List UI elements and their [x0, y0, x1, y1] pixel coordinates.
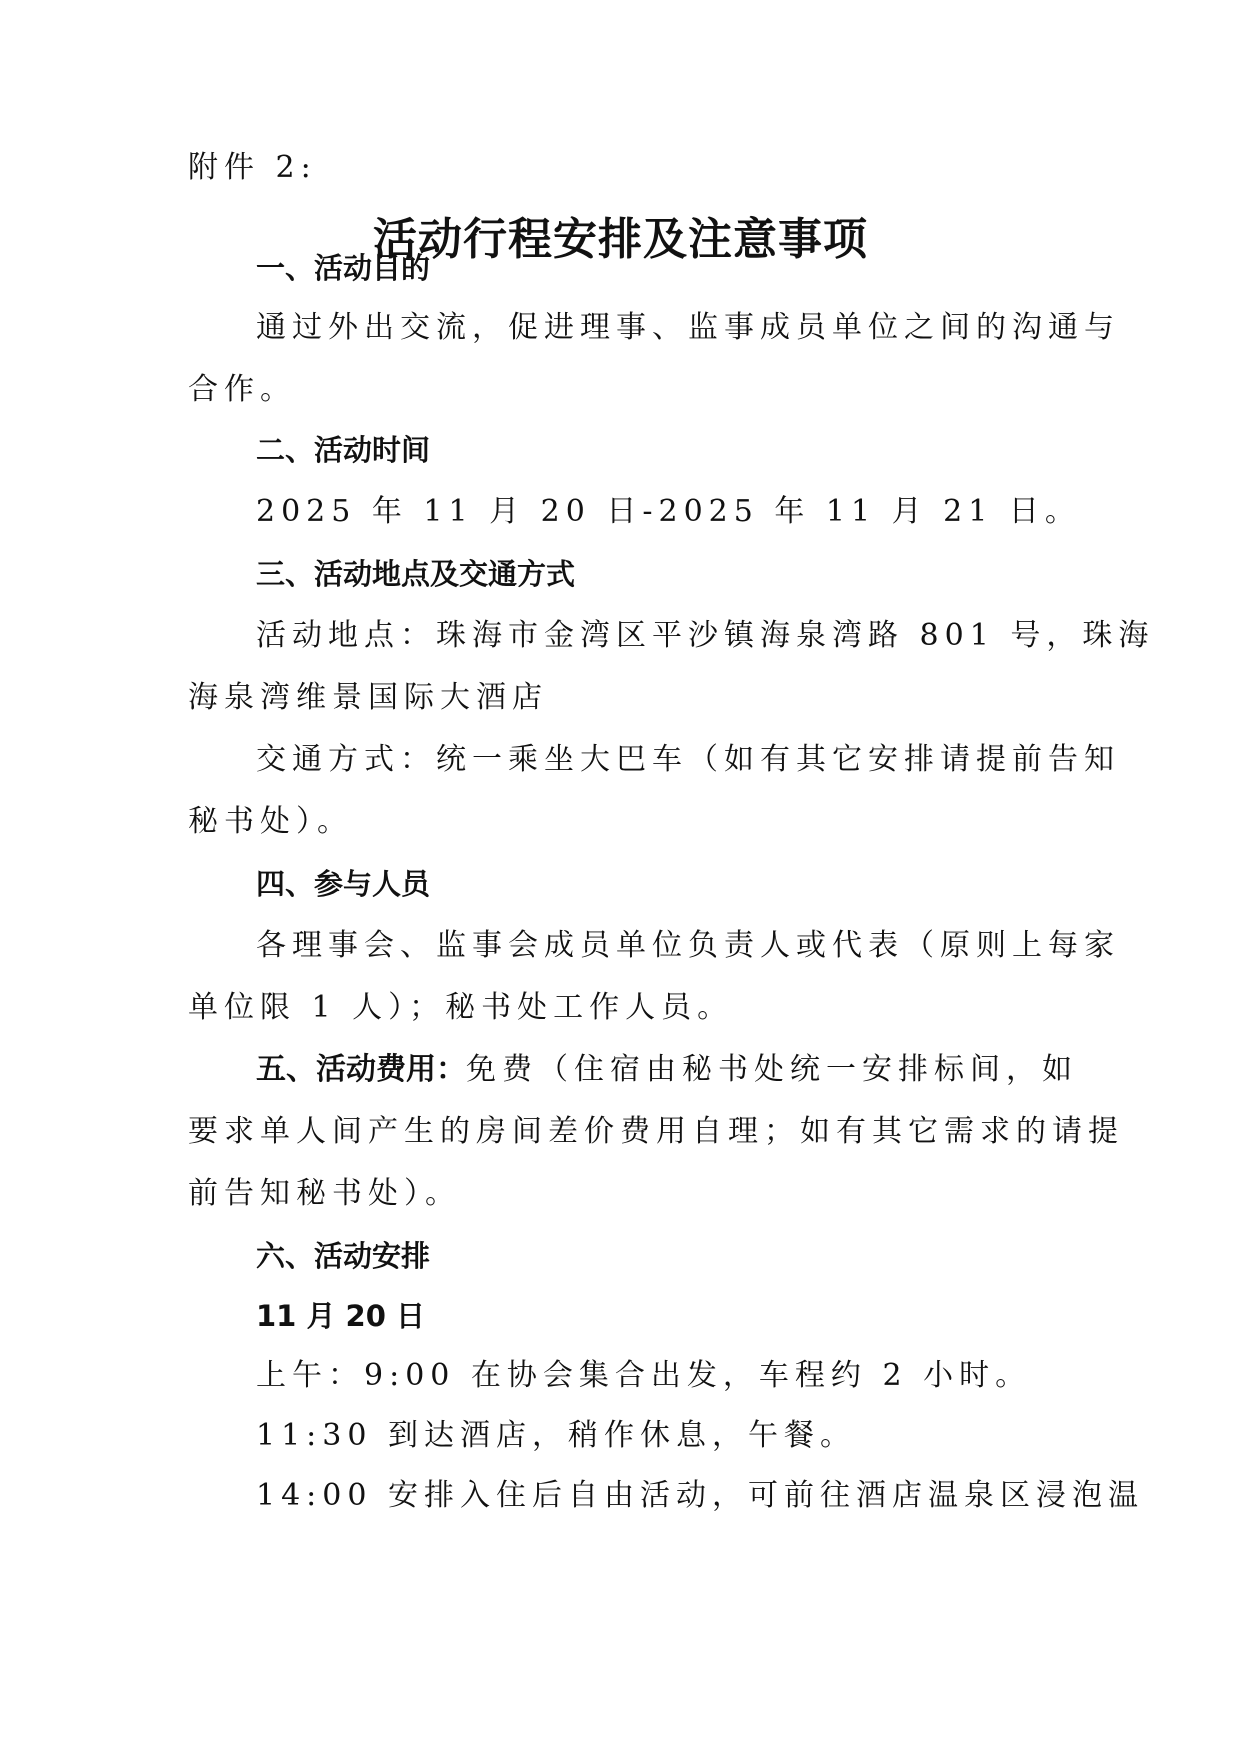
transport-text-line-2: 秘书处）。: [188, 804, 353, 840]
section-heading-schedule: 六、活动安排: [256, 1238, 430, 1274]
section-heading-purpose: 一、活动目的: [256, 250, 430, 286]
section-heading-time: 二、活动时间: [256, 432, 430, 468]
venue-text-line-2: 海泉湾维景国际大酒店: [188, 680, 548, 716]
fee-text-line-2: 要求单人间产生的房间差价费用自理；如有其它需求的请提: [188, 1114, 1124, 1150]
fee-text-line-3: 前告知秘书处）。: [188, 1176, 461, 1212]
page-title: 活动行程安排及注意事项: [0, 212, 1241, 268]
attachment-label: 附件 2:: [188, 150, 317, 186]
time-text: 2025 年 11 月 20 日-2025 年 11 月 21 日。: [256, 494, 1081, 530]
schedule-item-2: 11:30 到达酒店，稍作休息，午餐。: [256, 1418, 856, 1454]
section-heading-location: 三、活动地点及交通方式: [256, 556, 575, 592]
venue-text-line-1: 活动地点：珠海市金湾区平沙镇海泉湾路 801 号，珠海: [256, 618, 1154, 654]
participants-text-line-2: 单位限 1 人）；秘书处工作人员。: [188, 990, 733, 1026]
fee-text-start: 免费（住宿由秘书处统一安排标间，如: [466, 1052, 1078, 1087]
purpose-text-line-1: 通过外出交流，促进理事、监事成员单位之间的沟通与: [256, 310, 1120, 346]
schedule-item-3: 14:00 安排入住后自由活动，可前往酒店温泉区浸泡温: [256, 1478, 1144, 1514]
schedule-day1-date: 11 月 20 日: [256, 1298, 425, 1334]
schedule-item-1: 上午：9:00 在协会集合出发，车程约 2 小时。: [256, 1358, 1031, 1394]
participants-text-line-1: 各理事会、监事会成员单位负责人或代表（原则上每家: [256, 928, 1120, 964]
section-heading-fee: 五、活动费用：: [256, 1052, 466, 1087]
fee-first-line: 五、活动费用：免费（住宿由秘书处统一安排标间，如: [256, 1052, 1078, 1088]
transport-text-line-1: 交通方式：统一乘坐大巴车（如有其它安排请提前告知: [256, 742, 1120, 778]
purpose-text-line-2: 合作。: [188, 372, 296, 408]
section-heading-participants: 四、参与人员: [256, 866, 430, 902]
